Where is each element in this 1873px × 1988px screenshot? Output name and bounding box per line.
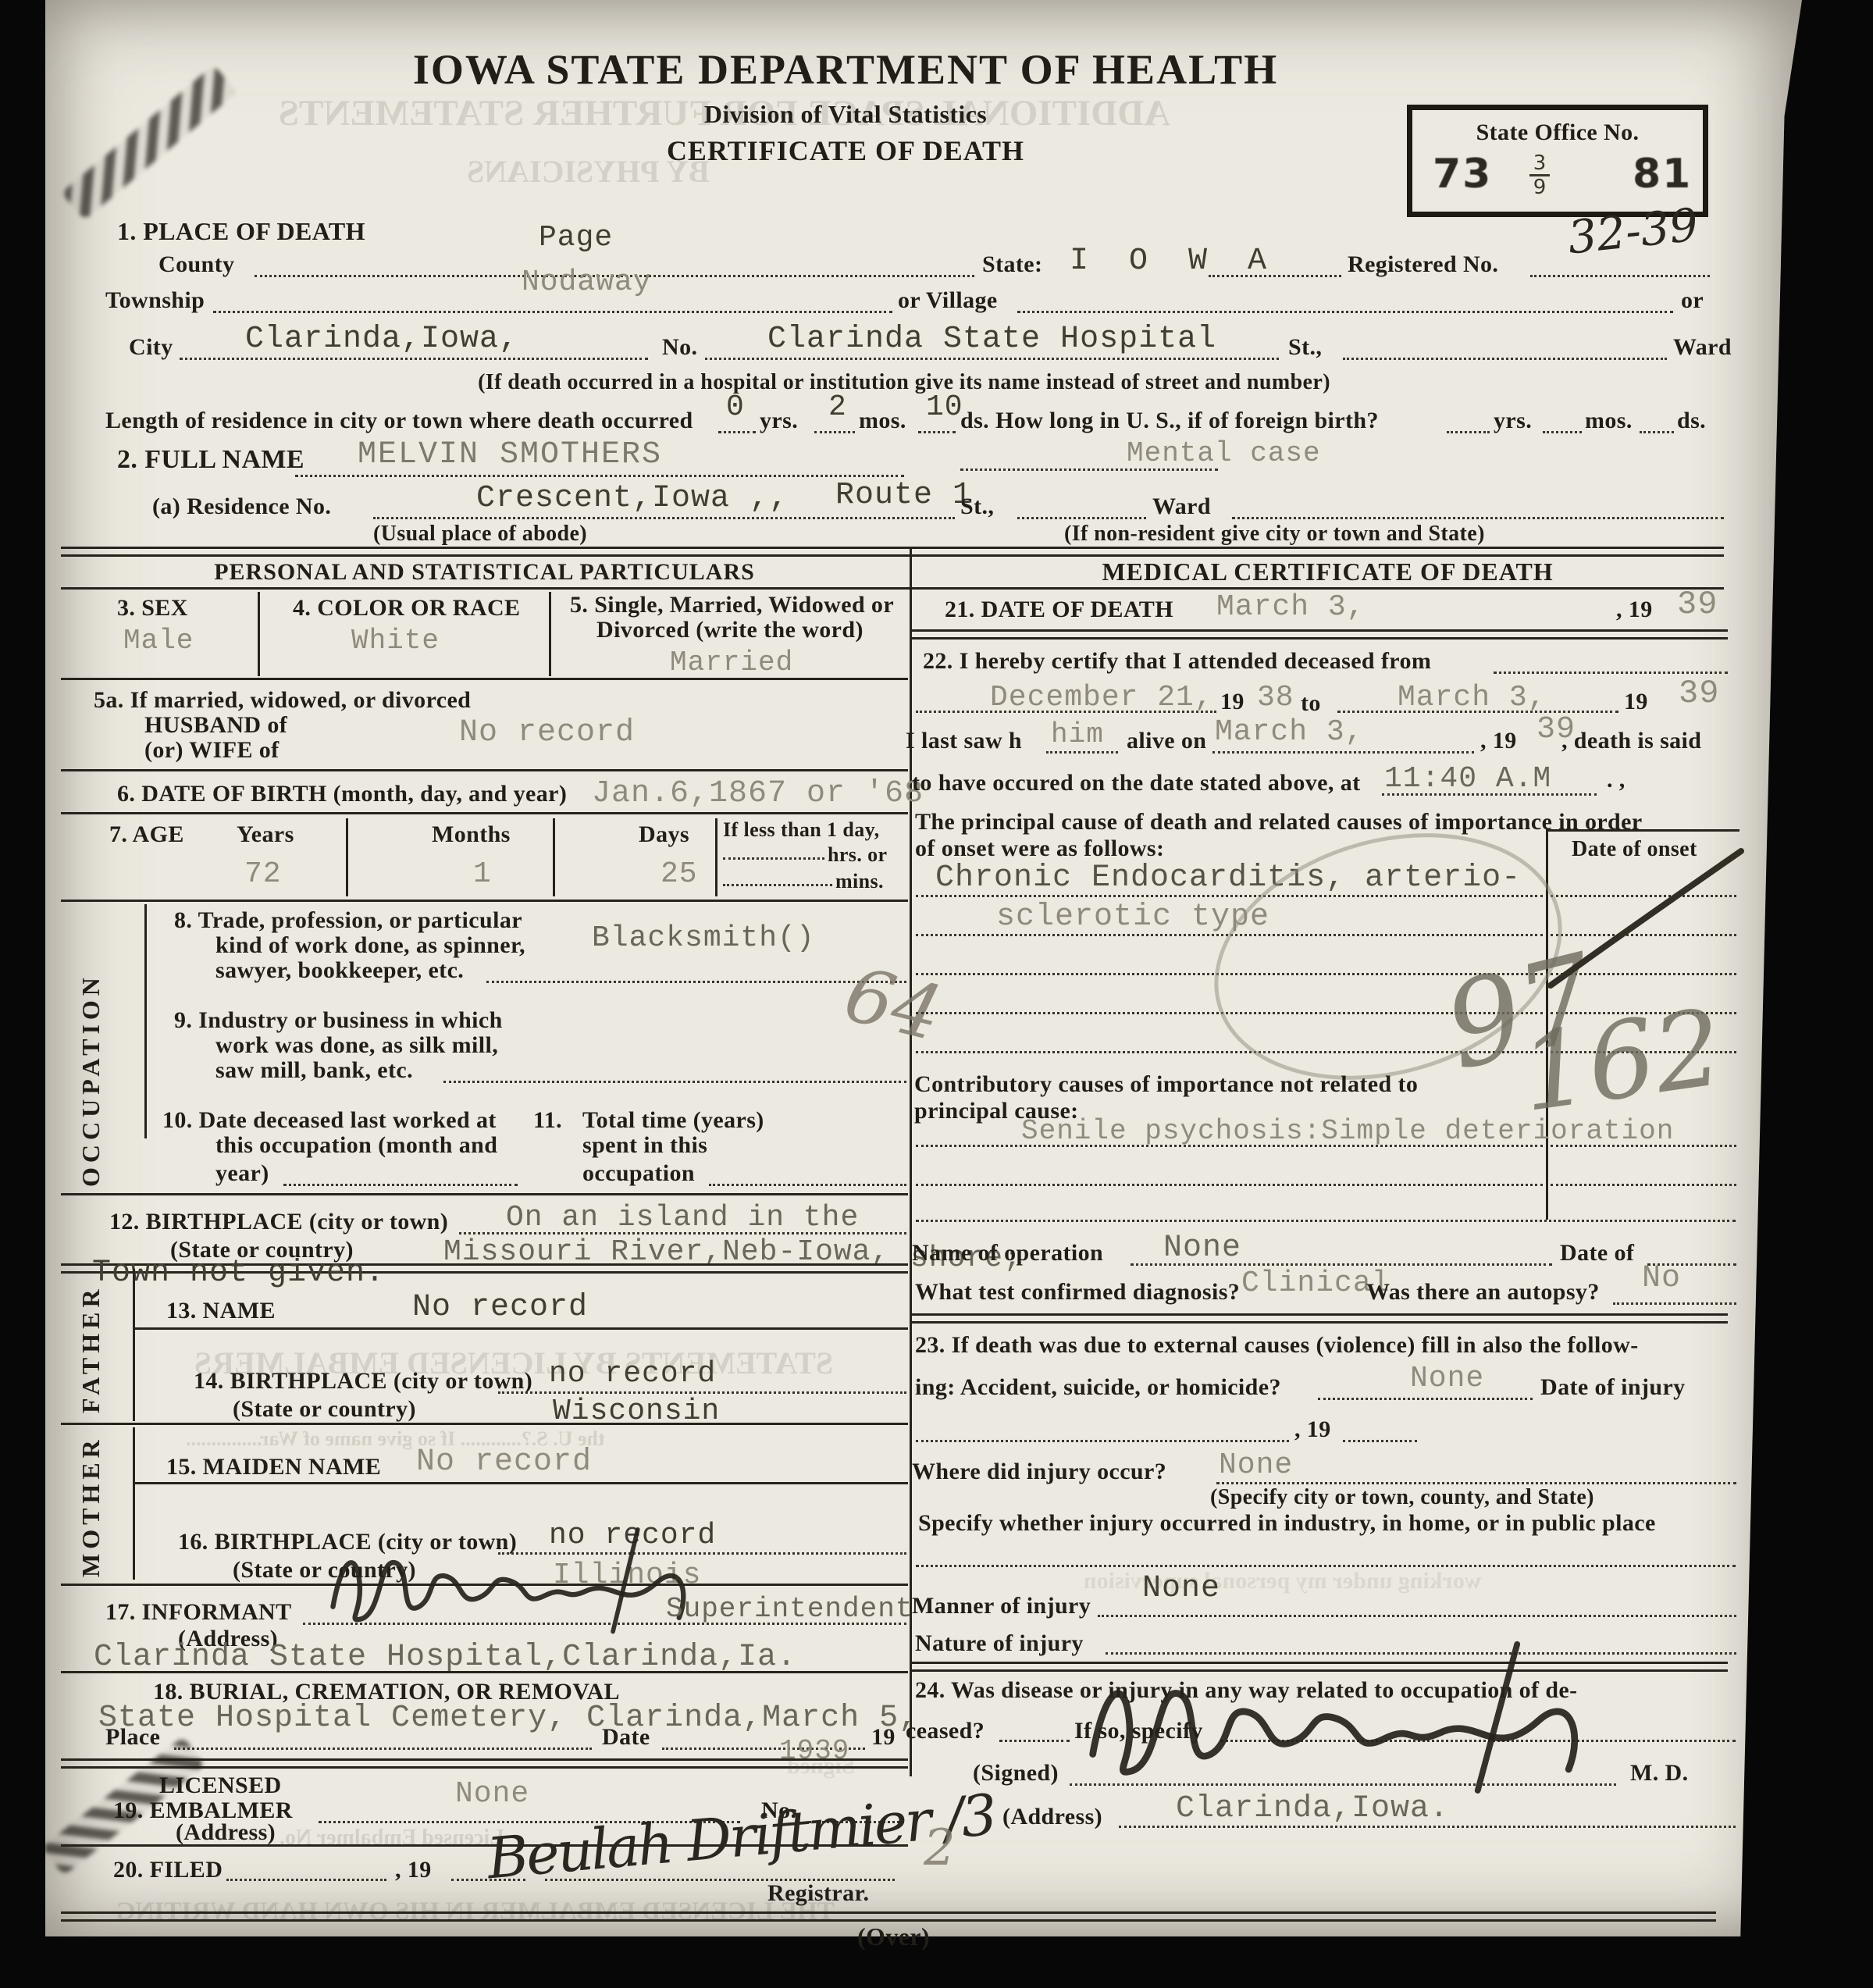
residence-no-label: (a) Residence No. [152, 493, 331, 520]
occupation-side-label: OCCUPATION [77, 929, 105, 1187]
res-yrs-value: 0 [726, 390, 745, 424]
dotted-line [373, 517, 955, 519]
occupation-q11-1: 11. [533, 1107, 562, 1134]
fraction-bottom: 9 [1533, 178, 1547, 197]
filed-year-label: , 19 [395, 1857, 432, 1883]
dotted-line [709, 1184, 906, 1186]
mother-side-label: MOTHER [77, 1445, 105, 1577]
dotted-line [1343, 358, 1667, 360]
sex-value: Male [123, 625, 194, 657]
dotted-line [283, 1184, 518, 1186]
nature-injury-label: Nature of injury [915, 1630, 1084, 1657]
age-months-value: 1 [473, 857, 492, 891]
dotted-line [1131, 1263, 1552, 1266]
physician-address-label: (Address) [1002, 1804, 1102, 1830]
mother-name-label: 15. MAIDEN NAME [166, 1454, 381, 1480]
residence-ward-label: Ward [1152, 493, 1211, 520]
rule [133, 1482, 908, 1484]
test-label: What test confirmed diagnosis? [915, 1279, 1240, 1306]
informant-address-value: Clarinda State Hospital,Clarinda,Ia. [94, 1640, 796, 1675]
dotted-line [1216, 1482, 1736, 1484]
state-office-num-left: 73 [1433, 151, 1492, 198]
dotted-line [1017, 517, 1146, 519]
county-alt-value: Nodaway [522, 265, 652, 299]
last-saw-year-label: , 19 [1480, 728, 1517, 754]
fraction-top: 3 [1533, 154, 1547, 173]
dotted-line [1232, 517, 1724, 519]
dotted-line [1318, 1398, 1533, 1400]
occupation-q10-3: year) [215, 1160, 269, 1187]
dotted-line [916, 1565, 1736, 1567]
dotted-line [1046, 751, 1118, 754]
autopsy-label: Was there an autopsy? [1366, 1279, 1600, 1306]
age-months-label: Months [432, 821, 511, 848]
dotted-line [174, 1748, 592, 1750]
dotted-line [213, 311, 892, 313]
dotted-line [443, 1081, 906, 1083]
dotted-line [180, 358, 648, 360]
route-value: Route 1 [835, 478, 972, 513]
contributory-value: Senile psychosis:Simple deterioration [1021, 1115, 1674, 1147]
dotted-line [459, 1232, 906, 1234]
dotted-line [916, 1145, 1543, 1147]
burial-date-label: Date [602, 1724, 650, 1751]
dotted-line [1119, 1826, 1736, 1828]
last-saw-label-1: I last saw h [906, 728, 1022, 754]
bottom-double-rule [61, 1911, 1716, 1922]
ward-label: Ward [1673, 334, 1732, 361]
rule [61, 678, 908, 680]
race-label: 4. COLOR OR RACE [293, 595, 520, 622]
md-label: M. D. [1630, 1760, 1688, 1787]
rule [61, 812, 908, 814]
embalmer-value: None [455, 1777, 529, 1811]
occupation-q8-value: Blacksmith() [592, 921, 815, 955]
cell-divider [258, 592, 260, 676]
state-office-num-right: 81 [1633, 151, 1692, 198]
dotted-line [498, 1391, 906, 1394]
dotted-line [960, 468, 1218, 471]
occupation-q10-1: 10. Date deceased last worked at [162, 1107, 497, 1134]
dotted-line [1343, 1440, 1417, 1442]
rule [1548, 829, 1739, 832]
operation-name-value: None [1163, 1231, 1241, 1266]
form-name: CERTIFICATE OF DEATH [280, 134, 1412, 167]
residence-value: Crescent,Iowa ,, [476, 481, 789, 516]
spouse-label-3: (or) WIFE of [144, 737, 280, 764]
father-name-label: 13. NAME [166, 1298, 276, 1324]
informant-label: 17. INFORMANT [105, 1599, 292, 1626]
dotted-line [705, 358, 1279, 360]
date-of-death-year-value: 39 [1677, 586, 1718, 623]
dotted-line [916, 1440, 1289, 1442]
filed-label: 20. FILED [113, 1857, 223, 1883]
rule [61, 1193, 908, 1195]
dotted-line [723, 884, 832, 886]
spouse-value: No record [459, 715, 635, 750]
st-label: St., [1288, 334, 1322, 361]
left-column-header: PERSONAL AND STATISTICAL PARTICULARS [61, 559, 908, 586]
foreign-birth-label: ds. How long in U. S., if of foreign bir… [960, 408, 1379, 434]
yrs-label: yrs. [760, 408, 798, 434]
operation-name-label: Name of operation [912, 1240, 1103, 1267]
city-value: Clarinda,Iowa, [245, 322, 518, 357]
race-value: White [351, 625, 440, 657]
specify-note: (Specify city or town, county, and State… [1210, 1485, 1594, 1510]
bleedthrough-text: Licensed Embalmer No. [280, 1826, 504, 1851]
state-office-box: State Office No. 73 39 81 [1407, 105, 1708, 217]
embalmer-address-label: (Address) [176, 1819, 276, 1846]
occupation-q11-3: spent in this [582, 1132, 707, 1159]
page-title: IOWA STATE DEPARTMENT OF HEALTH [280, 45, 1412, 94]
mos-label-2: mos. [1585, 408, 1633, 434]
cell-divider [549, 592, 551, 676]
date-of-death-value: March 3, [1216, 590, 1365, 624]
dotted-line [1070, 1783, 1616, 1786]
father-bp-label: 14. BIRTHPLACE (city or town) [194, 1368, 532, 1395]
pencil-note-64: 64 [836, 950, 950, 1058]
occurred-label: to have occured on the date stated above… [912, 770, 1361, 796]
age-days-label: Days [639, 821, 689, 848]
autopsy-value: No [1642, 1261, 1681, 1296]
dotted-line [916, 1220, 1736, 1222]
double-rule [912, 1313, 1728, 1324]
birthplace-label: 12. BIRTHPLACE (city or town) [109, 1209, 448, 1235]
dotted-line [1494, 672, 1728, 674]
or-label: or [1681, 287, 1704, 314]
cell-divider [715, 818, 718, 896]
res-ds-value: 10 [926, 390, 963, 424]
informant-title-value: Superintendent [666, 1593, 913, 1625]
spouse-label-2: HUSBAND of [144, 712, 287, 739]
spouse-label-1: 5a. If married, widowed, or divorced [94, 687, 471, 714]
ds-label-2: ds. [1677, 408, 1706, 434]
occurred-time-value: 11:40 A.M [1384, 762, 1551, 796]
occupation-q10-2: this occupation (month and [215, 1132, 497, 1159]
nonresident-note: (If non-resident give city or town and S… [1064, 522, 1485, 547]
mother-name-value: No record [416, 1445, 592, 1480]
q24-line-2: ceased? [906, 1718, 985, 1744]
q23-line-1: 23. If death was due to external causes … [915, 1332, 1639, 1359]
residence-length-label: Length of residence in city or town wher… [105, 408, 693, 434]
right-column-header: MEDICAL CERTIFICATE OF DEATH [916, 558, 1739, 586]
father-bp-label-2: (State or country) [233, 1396, 416, 1423]
age-less-label-2: hrs. or [828, 843, 887, 867]
age-less-label-1: If less than 1 day, [723, 818, 879, 842]
mos-label: mos. [859, 408, 906, 434]
institution-value: Clarinda State Hospital [767, 322, 1216, 357]
yrs-label-2: yrs. [1494, 408, 1532, 434]
occupation-q9-3: saw mill, bank, etc. [215, 1057, 413, 1084]
ink-stamp [62, 65, 237, 220]
dotted-line [916, 711, 1216, 713]
dotted-line [916, 1184, 1543, 1186]
industry-note: Specify whether injury occurred in indus… [918, 1510, 1656, 1537]
year-19-label-1: 19 [1220, 689, 1245, 715]
attended-to-value: March 3, [1398, 681, 1546, 714]
age-less-label-3: mins. [835, 870, 884, 893]
registered-no-label: Registered No. [1348, 251, 1498, 278]
date-of-death-year-label: , 19 [1616, 597, 1653, 623]
age-years-value: 72 [244, 857, 282, 891]
rule [133, 1327, 908, 1330]
dotted-line [1640, 431, 1674, 433]
operation-date-label: Date of [1560, 1240, 1634, 1267]
page-subtitle: Division of Vital Statistics [280, 100, 1412, 129]
dotted-line [723, 857, 824, 860]
state-office-fraction: 39 [1529, 154, 1550, 197]
manner-injury-label: Manner of injury [912, 1593, 1091, 1619]
certificate-paper: IOWA STATE DEPARTMENT OF HEALTH ADDITION… [45, 0, 1802, 1936]
dob-label: 6. DATE OF BIRTH (month, day, and year) [117, 781, 567, 807]
dotted-line [918, 431, 956, 433]
birthplace-value-1: On an island in the [506, 1201, 859, 1234]
burial-place-label: Place [105, 1724, 160, 1751]
dotted-line [1017, 311, 1673, 313]
residence-st-label: St., [960, 493, 994, 520]
burial-year-label: 19 [871, 1724, 896, 1751]
dotted-line [1098, 1615, 1736, 1617]
dotted-line [1106, 1652, 1736, 1655]
dotted-line [1551, 1184, 1736, 1186]
physician-signature [1084, 1663, 1599, 1792]
last-saw-label-3: , death is said [1561, 728, 1701, 754]
attended-from-value: December 21, [990, 681, 1213, 714]
father-name-value: No record [412, 1290, 588, 1325]
rule [61, 769, 908, 771]
dotted-line [1447, 431, 1490, 433]
certify-label: 22. I hereby certify that I attended dec… [923, 648, 1431, 675]
date-of-injury-label: Date of injury [1540, 1374, 1686, 1401]
attended-from-year: 38 [1257, 681, 1294, 714]
cell-divider [553, 818, 555, 896]
dotted-line [1209, 275, 1341, 277]
where-injury-label: Where did injury occur? [912, 1459, 1166, 1485]
rule [61, 1671, 908, 1673]
cell-divider [346, 818, 348, 896]
age-years-label: Years [237, 821, 294, 848]
last-saw-label-2: alive on [1127, 728, 1206, 754]
dotted-line [303, 1623, 906, 1625]
date-of-death-label: 21. DATE OF DEATH [945, 597, 1173, 623]
where-injury-value: None [1219, 1448, 1293, 1482]
abode-note: (Usual place of abode) [373, 522, 587, 547]
no-label: No. [662, 334, 697, 361]
mental-case-note: Mental case [1127, 437, 1321, 469]
hospital-note: (If death occurred in a hospital or inst… [280, 370, 1529, 395]
attended-to-year: 39 [1679, 675, 1719, 712]
dotted-line [1337, 711, 1618, 713]
father-side-label: FATHER [77, 1288, 105, 1413]
pen-stroke [1544, 843, 1747, 992]
sex-label: 3. SEX [117, 595, 188, 622]
pencil-number-3: 2 [924, 1819, 956, 1877]
cell-divider [144, 904, 147, 1138]
cell-divider [133, 1427, 135, 1580]
dotted-line [226, 1879, 386, 1881]
registrar-signature: Beulah Driftmier /3 [485, 1782, 998, 1892]
to-label: to [1301, 690, 1321, 717]
rule [61, 1423, 908, 1425]
dotted-line [1551, 1145, 1736, 1147]
last-saw-date: March 3, [1215, 715, 1363, 749]
res-mos-value: 2 [828, 390, 847, 424]
dotted-line [486, 981, 906, 983]
over-note: (Over) [857, 1922, 930, 1951]
year-19-label-2: 19 [1624, 689, 1648, 715]
age-days-value: 25 [661, 857, 698, 891]
state-label: State: [982, 251, 1042, 278]
bleedthrough-text: BY PHYSICIANS [467, 153, 710, 190]
township-label: Township [105, 287, 205, 314]
last-saw-pronoun: him [1051, 718, 1104, 750]
dotted-line [295, 475, 904, 477]
marital-label-2: Divorced (write the word) [596, 617, 864, 643]
violence-value: None [1410, 1362, 1484, 1395]
dotted-line [1530, 275, 1710, 277]
birthplace-value-4: Town not given. [92, 1256, 385, 1291]
dotted-line [1382, 793, 1597, 796]
state-office-label: State Office No. [1412, 119, 1703, 146]
manner-injury-value: None [1142, 1571, 1220, 1606]
rule [61, 587, 1724, 590]
age-label: 7. AGE [109, 821, 184, 848]
occupation-q8-1: 8. Trade, profession, or particular [174, 907, 522, 934]
city-label: City [129, 334, 173, 361]
dotted-line [1543, 431, 1582, 433]
scanned-death-certificate: { "doc": { "title": "IOWA STATE DEPARTME… [0, 0, 1873, 1988]
county-value: Page [539, 221, 613, 255]
double-rule [912, 629, 1728, 640]
marital-value: Married [670, 647, 793, 679]
occupation-q11-4: occupation [582, 1160, 695, 1187]
or-village-label: or Village [898, 287, 998, 314]
place-of-death-label: 1. PLACE OF DEATH [117, 217, 365, 246]
full-name-label: 2. FULL NAME [117, 445, 304, 475]
full-name-value: MELVIN SMOTHERS [358, 437, 662, 472]
q23-year-label: , 19 [1294, 1416, 1331, 1443]
dotted-line [1212, 751, 1474, 754]
occupation-q9-2: work was done, as silk mill, [215, 1032, 498, 1059]
occupation-q9-1: 9. Industry or business in which [174, 1007, 503, 1034]
contributory-label-1: Contributory causes of importance not re… [914, 1071, 1418, 1098]
rule [61, 900, 908, 902]
principal-cause-intro-2: of onset were as follows: [915, 835, 1164, 862]
q23-line-2: ing: Accident, suicide, or homicide? [915, 1374, 1281, 1401]
occurred-punct: . , [1607, 767, 1626, 793]
bleedthrough-text: Signed [787, 1753, 855, 1780]
dob-value: Jan.6,1867 or '68 [592, 776, 924, 811]
state-value: I O W A [1070, 244, 1277, 279]
burial-value: State Hospital Cemetery, Clarinda,March … [98, 1701, 918, 1736]
physician-address-value: Clarinda,Iowa. [1176, 1791, 1449, 1826]
occupation-q11-2: Total time (years) [582, 1107, 764, 1134]
dotted-line [999, 1740, 1070, 1742]
dotted-line [1613, 1302, 1736, 1305]
marital-label-1: 5. Single, Married, Widowed or [570, 592, 894, 618]
occupation-q8-2: kind of work done, as spinner, [215, 932, 525, 959]
county-label: County [158, 251, 234, 278]
dotted-line [814, 431, 855, 433]
occupation-q8-3: sawyer, bookkeeper, etc. [215, 957, 464, 984]
father-bp-value-1: no record [549, 1357, 716, 1391]
double-rule [61, 547, 1724, 557]
dotted-line [718, 431, 756, 433]
